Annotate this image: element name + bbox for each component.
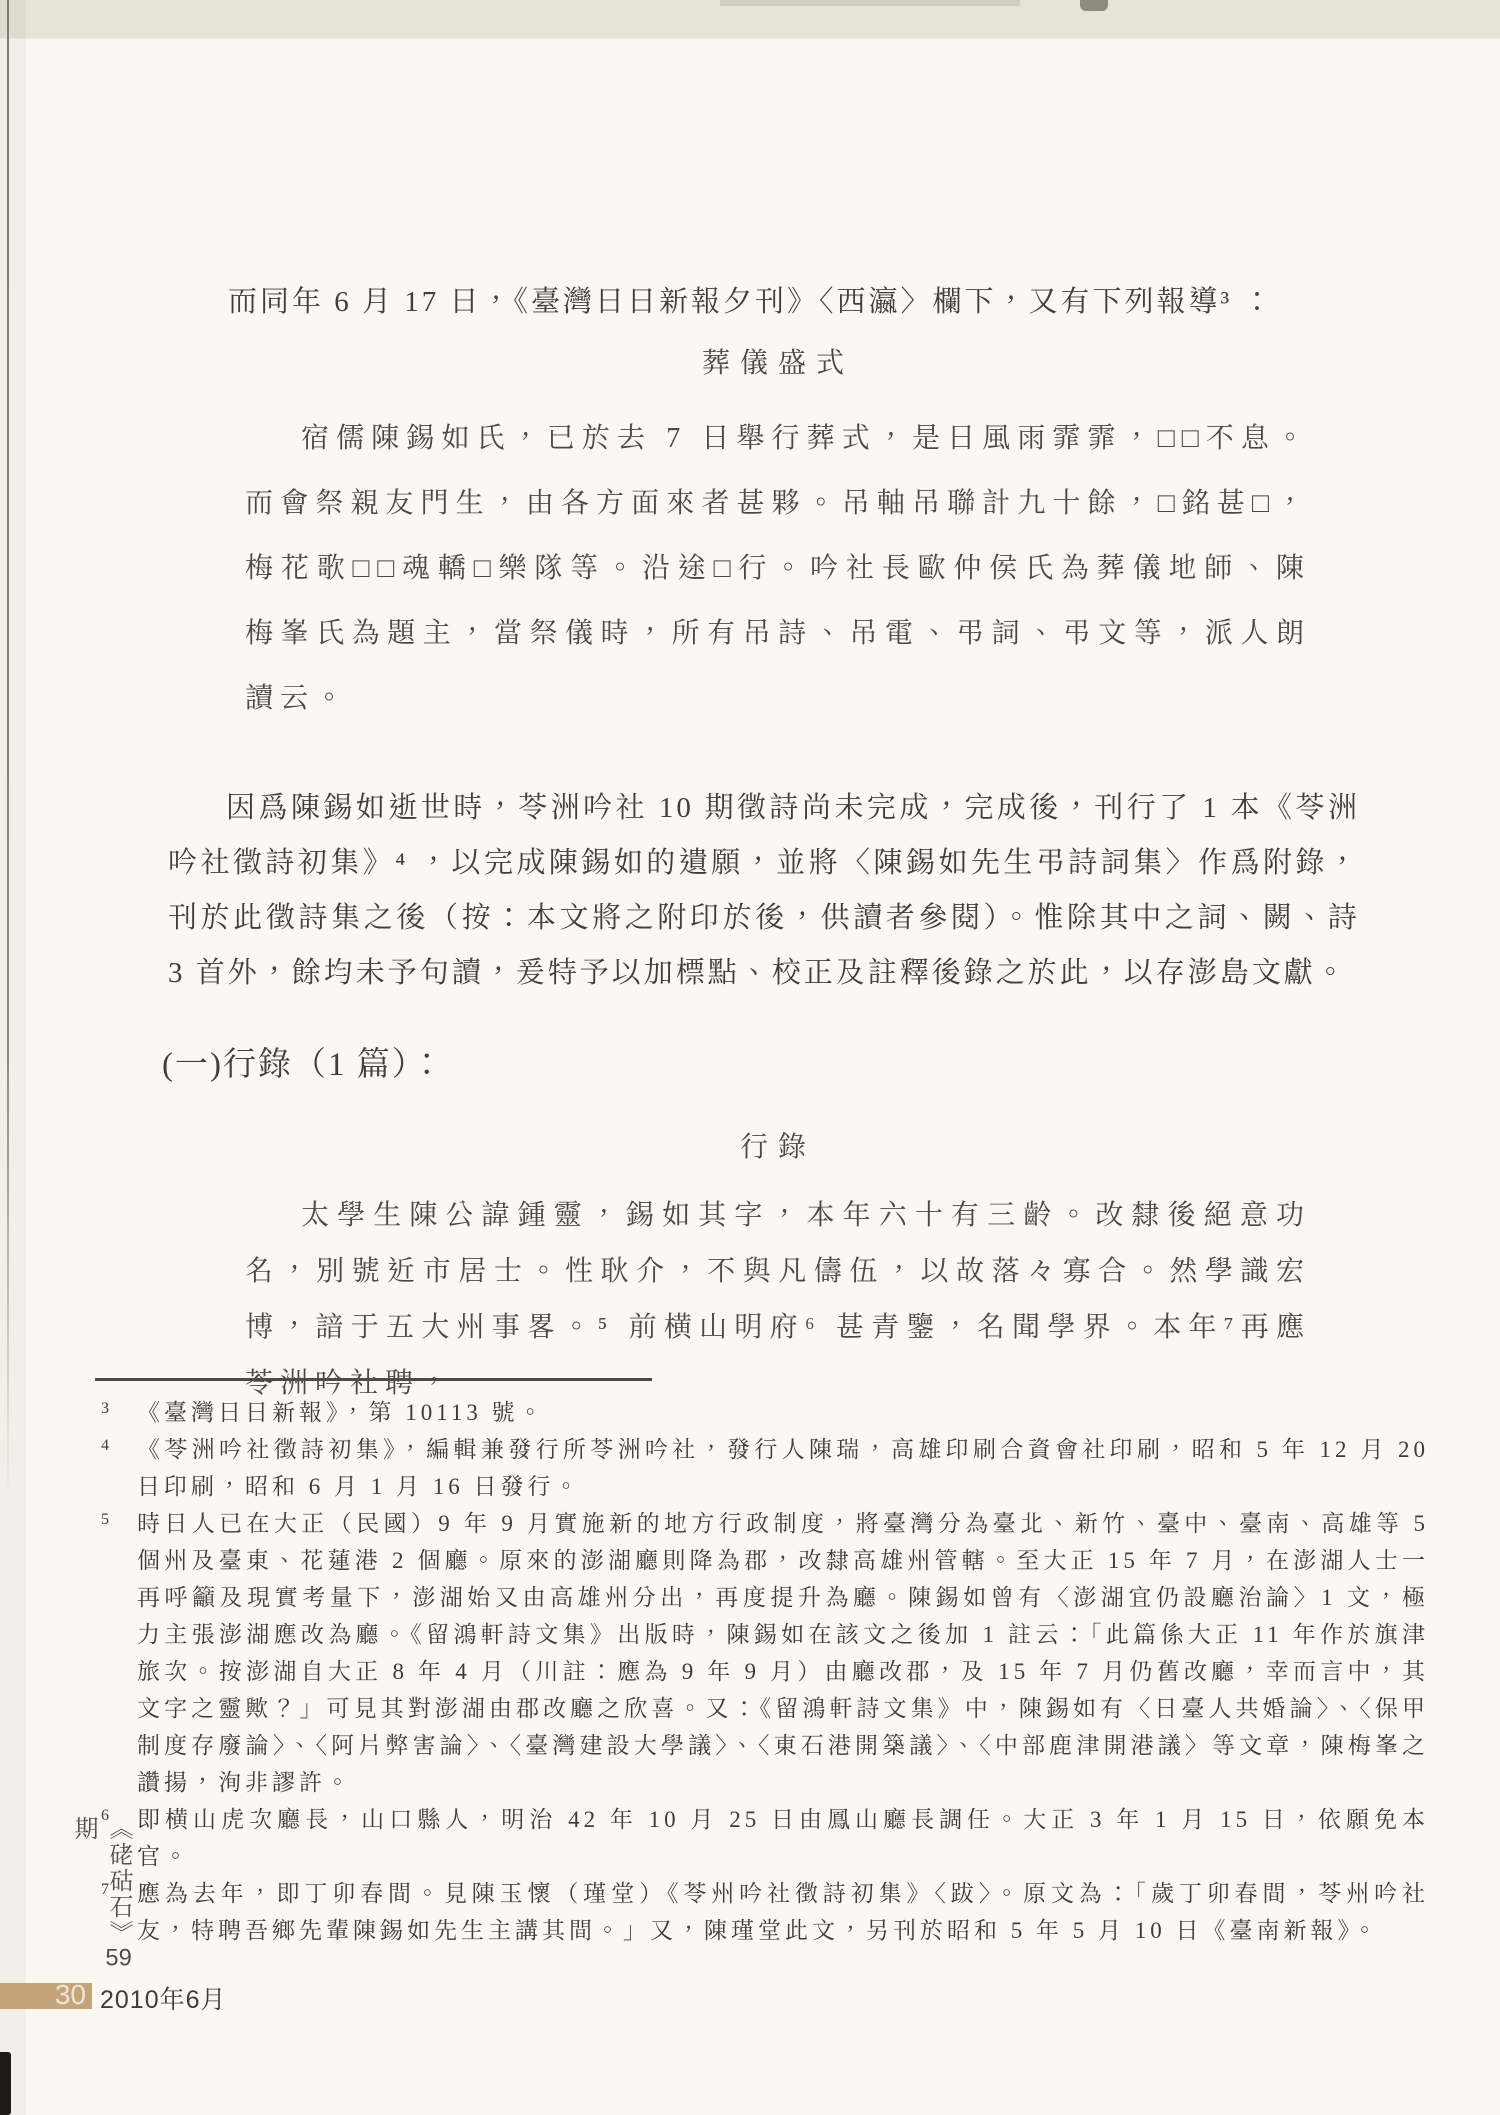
page-number: 30 <box>55 1979 86 2011</box>
footnote-text: 即横山虎次廳長，山口縣人，明治 42 年 10 月 25 日由鳳山廳長調任。大正… <box>137 1807 1429 1869</box>
footnote-item: 4《苓洲吟社徵詩初集》，編輯兼發行所苓洲吟社，發行人陳瑞，高雄印刷合資會社印刷，… <box>95 1431 1429 1505</box>
footnote-separator <box>95 1378 652 1381</box>
footnote-text: 時日人已在大正（民國）9 年 9 月實施新的地方行政制度，將臺灣分為臺北、新竹、… <box>137 1511 1429 1795</box>
section-heading: (一)行錄（1 篇）： <box>162 1040 445 1090</box>
issue-unit: 期 <box>70 1816 97 1842</box>
footnote-item: 6即横山虎次廳長，山口縣人，明治 42 年 10 月 25 日由鳳山廳長調任。大… <box>95 1801 1429 1875</box>
journal-name: 《硓𥑮石》 <box>105 1816 132 1946</box>
footnote-item: 3《臺灣日日新報》，第 10113 號。 <box>95 1394 1429 1431</box>
footnote-text: 《苓洲吟社徵詩初集》，編輯兼發行所苓洲吟社，發行人陳瑞，高雄印刷合資會社印刷，昭… <box>137 1437 1429 1499</box>
footnote-number: 4 <box>101 1427 109 1464</box>
quoted-xinglu: 行錄 太學生陳公諱鍾靈，錫如其字，本年六十有三齡。改隸後絕意功名，別號近市居士。… <box>245 1128 1311 1412</box>
footnote-text: 《臺灣日日新報》，第 10113 號。 <box>137 1400 546 1425</box>
journal-title-vertical: 《硓𥑮石》59期 <box>66 1816 136 1986</box>
quote-body-funeral: 宿儒陳錫如氏，已於去 7 日舉行葬式，是日風雨霏霏，□□不息。而會祭親友門生，由… <box>245 406 1311 731</box>
footnote-text: 應為去年，即丁卯春間。見陳玉懷（瑾堂）《苓州吟社徵詩初集》〈跋〉。原文為：「歲丁… <box>137 1881 1429 1943</box>
scanned-journal-page: 而同年 6 月 17 日，《臺灣日日新報夕刊》〈西瀛〉欄下，又有下列報導³ ： … <box>0 0 1500 2115</box>
quoted-news-item: 葬儀盛式 宿儒陳錫如氏，已於去 7 日舉行葬式，是日風雨霏霏，□□不息。而會祭親… <box>245 344 1311 731</box>
quote-title-xinglu: 行錄 <box>245 1128 1311 1168</box>
footnote-number: 3 <box>101 1390 109 1427</box>
scan-smudge <box>1080 0 1108 11</box>
intro-paragraph: 而同年 6 月 17 日，《臺灣日日新報夕刊》〈西瀛〉欄下，又有下列報導³ ： <box>170 275 1362 330</box>
footnote-item: 7應為去年，即丁卯春間。見陳玉懷（瑾堂）《苓州吟社徵詩初集》〈跋〉。原文為：「歲… <box>95 1875 1429 1949</box>
scan-left-line-artifact <box>7 0 9 1500</box>
scan-left-shade <box>0 0 26 2115</box>
scan-corner-ink-mark <box>0 2052 11 2115</box>
footnotes: 3《臺灣日日新報》，第 10113 號。 4《苓洲吟社徵詩初集》，編輯兼發行所苓… <box>95 1394 1429 1949</box>
quote-title-funeral: 葬儀盛式 <box>245 344 1311 384</box>
body-paragraph: 因爲陳錫如逝世時，苓洲吟社 10 期徵詩尚未完成，完成後，刊行了 1 本《苓洲吟… <box>168 781 1360 1001</box>
issue-date: 2010年6月 <box>100 1980 227 2016</box>
issue-number: 59 <box>105 1946 132 1970</box>
footnote-number: 5 <box>101 1501 109 1538</box>
scan-smudge <box>720 0 1020 6</box>
footnote-item: 5時日人已在大正（民國）9 年 9 月實施新的地方行政制度，將臺灣分為臺北、新竹… <box>95 1505 1429 1801</box>
page-number-bar: 30 <box>0 1983 92 2009</box>
